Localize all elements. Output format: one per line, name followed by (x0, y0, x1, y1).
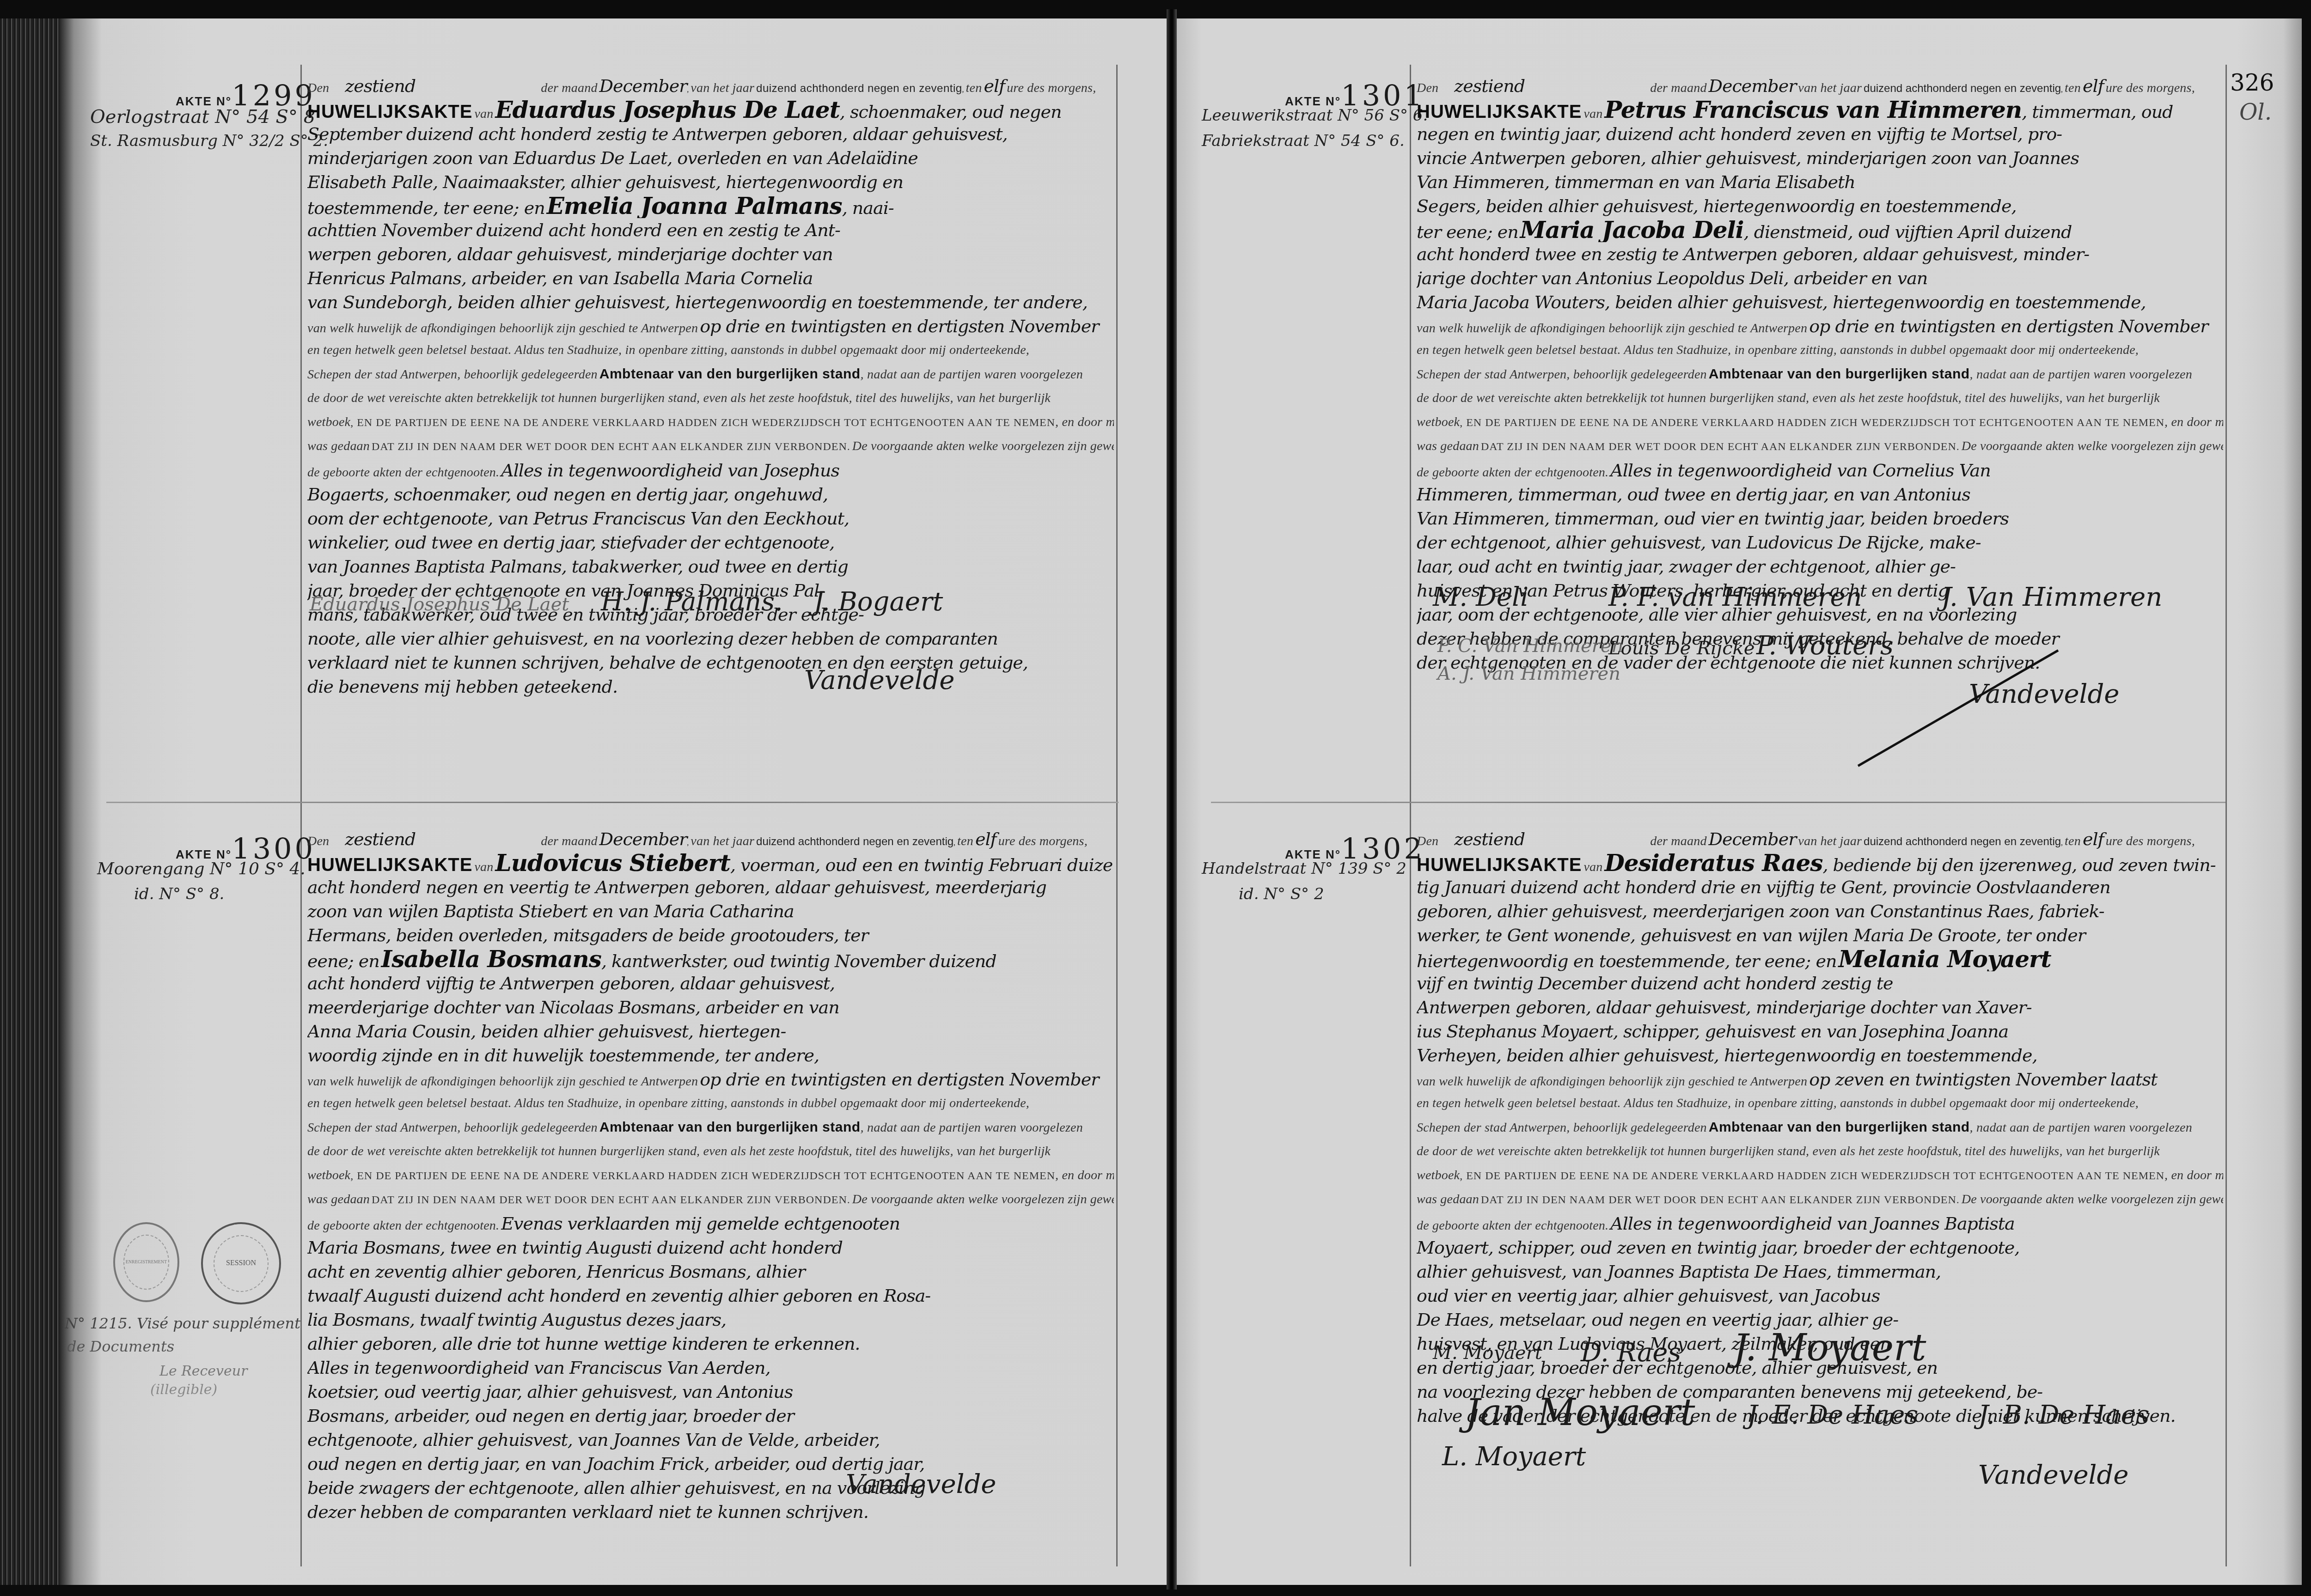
page-number: 326 (2230, 69, 2274, 96)
margin-address: Leeuwerikstraat N° 56 S° 6. (1202, 106, 1428, 125)
month-value: December (1709, 829, 1797, 849)
signature: H. J. Palmans. (601, 587, 783, 617)
day-value: zestiend (331, 827, 539, 851)
akte-body: Den zestiend der maand December, van het… (307, 827, 1114, 1524)
signature: P. Wouters (1756, 631, 1894, 661)
signature: J. Bogaert (813, 587, 943, 617)
margin-annotation: Le Receveur (159, 1363, 247, 1379)
month-value: December (1709, 76, 1797, 96)
akte-title: HUWELIJKSAKTE (1417, 102, 1582, 122)
right-entry-divider (1211, 802, 2225, 803)
signature: M. Moyaert (1433, 1342, 1542, 1364)
signature: J. Van Himmeren (1941, 582, 2162, 612)
corner-annotation: Ol. (2239, 99, 2272, 125)
signature: Eduardus Josephus De Laet (310, 594, 569, 615)
hour-value: elf (975, 829, 997, 849)
bride-name: Emelia Joanna Palmans (547, 194, 842, 218)
signature: Jan Moyaert (1465, 1391, 1695, 1434)
margin-address: id. N° S° 8. (134, 885, 224, 903)
signature: D. Raes (1581, 1338, 1681, 1368)
signature: A. J. Van Himmeren (1437, 663, 1620, 684)
margin-annotation: (illegible) (150, 1382, 217, 1398)
margin-address: id. N° S° 2 (1239, 885, 1324, 903)
groom-name: Ludovicus Stiebert (495, 851, 730, 875)
day-value: zestiend (331, 74, 539, 98)
stamp-text-icon: SESSION (214, 1235, 269, 1292)
signature: J. E. De Haes (1747, 1400, 1918, 1430)
margin-address: Fabriekstraat N° 54 S° 6. (1202, 132, 1405, 150)
officer-signature: Vandevelde (1969, 679, 2119, 709)
bride-name: Maria Jacoba Deli (1520, 218, 1744, 242)
akte-title: HUWELIJKSAKTE (307, 855, 472, 875)
signature: P. F. van Himmeren (1608, 582, 1862, 612)
margin-annotation: N° 1215. Visé pour supplément (65, 1315, 300, 1332)
margin-address: St. Rasmusburg N° 32/2 S° 2. (90, 132, 328, 150)
bride-name: Isabella Bosmans (381, 947, 601, 971)
month-value: December (599, 76, 687, 96)
day-value: zestiend (1440, 74, 1648, 98)
right-margin-rule (1410, 65, 1411, 1566)
margin-address: Handelstraat N° 139 S° 2 (1202, 859, 1406, 878)
margin-address: Oerlogstraat N° 54 S° 8 (90, 106, 315, 128)
officer-signature: Vandevelde (804, 665, 954, 695)
akte-title: HUWELIJKSAKTE (307, 102, 472, 122)
day-value: zestiend (1440, 827, 1648, 851)
signature: J. B. De Haes (1978, 1400, 2149, 1430)
left-margin-rule (300, 65, 302, 1566)
session-stamp: SESSION (201, 1222, 281, 1304)
hour-value: elf (2083, 829, 2104, 849)
groom-name: Petrus Franciscus van Himmeren (1604, 98, 2022, 122)
officer-signature: Vandevelde (1978, 1460, 2128, 1490)
book-page-edges (0, 18, 60, 1585)
registration-stamp: ENREGISTREMENT (113, 1222, 179, 1302)
left-page-right-rule (1116, 65, 1118, 1566)
hour-value: elf (2083, 76, 2104, 96)
officer-signature: Vandevelde (846, 1469, 996, 1499)
signature: P. C. Van Himmeren (1437, 635, 1623, 657)
groom-name: Desideratus Raes (1604, 851, 1822, 875)
signature: M. Deli (1433, 582, 1528, 612)
right-page-right-rule (2225, 65, 2227, 1566)
signature: Louis De Rijcke (1608, 638, 1755, 659)
bride-name: Melania Moyaert (1838, 947, 2051, 971)
book-spine (1167, 9, 1177, 1590)
left-entry-divider (106, 802, 1119, 803)
month-value: December (599, 829, 687, 849)
margin-address: Moorengang N° 10 S° 4. (97, 859, 306, 878)
signature: L. Moyaert (1442, 1442, 1586, 1472)
akte-title: HUWELIJKSAKTE (1417, 855, 1582, 875)
stamp-emblem-icon: ENREGISTREMENT (123, 1235, 169, 1290)
groom-name: Eduardus Josephus De Laet (495, 98, 839, 122)
hour-value: elf (984, 76, 1005, 96)
signature: J. Moyaert (1733, 1326, 1926, 1369)
margin-annotation: de Documents (67, 1338, 174, 1355)
